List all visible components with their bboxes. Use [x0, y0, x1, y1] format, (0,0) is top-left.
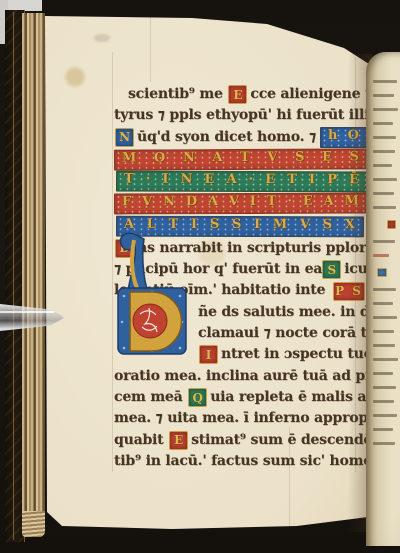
text-segment: stimat⁹ sum ē descendē	[191, 430, 372, 451]
text-segment: mea. ⁊ uita mea. ī inferno appropī	[114, 408, 373, 429]
recto-text-line	[373, 372, 393, 375]
recto-text-line	[373, 80, 397, 83]
recto-text-line	[373, 330, 394, 333]
text-segment: tyrus ⁊ ppls ethyopū' hi fuerūt illic.	[114, 105, 382, 126]
initial-i: I	[199, 345, 218, 364]
initial-e: E	[228, 85, 247, 104]
recto-text-line	[373, 386, 396, 389]
text-segment: cem meā	[114, 387, 187, 408]
recto-text-line	[373, 414, 397, 417]
text-line: tib⁹ in lacū.' factus sum sic' homo si	[114, 451, 368, 472]
recto-initial	[387, 220, 396, 229]
recto-initial	[377, 268, 387, 277]
recto-text-line	[373, 442, 395, 445]
recto-page	[366, 52, 400, 546]
recto-text-line	[373, 178, 397, 181]
text-line: tyrus ⁊ ppls ethyopū' hi fuerūt illic.	[114, 105, 368, 126]
recto-text-line	[373, 254, 389, 257]
text-line: oratio mea. inclina aurē tuā ad pre	[114, 366, 368, 387]
display-band-natus: M O N A T V S E S	[114, 148, 368, 170]
initial-n: N	[115, 128, 134, 147]
recto-text-line	[373, 316, 397, 319]
recto-text-line	[373, 344, 395, 347]
recto-text-line	[373, 206, 396, 209]
recto-text-column	[373, 80, 400, 456]
pencil-mark	[94, 34, 110, 42]
text-segment: oratio mea. inclina aurē tuā ad pre	[114, 366, 381, 387]
recto-text-line	[373, 358, 398, 361]
text-line: clamaui ⁊ nocte corā te.	[198, 323, 368, 344]
recto-text-line	[373, 164, 392, 167]
page-block-edges	[22, 13, 45, 537]
text-line: quabit Estimat⁹ sum ē descendē	[114, 430, 368, 451]
recto-text-line	[373, 288, 396, 291]
recto-text-line	[373, 122, 393, 125]
text-line: Intret in ɔspectu tuo	[198, 344, 368, 365]
recto-text-line	[373, 428, 393, 431]
initial-s: S	[322, 260, 341, 279]
recto-text-line	[373, 108, 398, 111]
recto-text-line	[373, 302, 393, 305]
recto-text-line	[373, 192, 394, 195]
text-line: cem meā Quia repleta ē malis aīa	[114, 387, 368, 408]
recto-text-line	[373, 150, 395, 153]
text-line: scientib⁹ me Ecce alienigene ⁊	[114, 84, 368, 105]
text-segment: ūq'd syon dicet homo. ⁊	[137, 127, 316, 148]
text-block: scientib⁹ me Ecce alienigene ⁊ tyrus ⁊ p…	[114, 84, 368, 472]
display-band-in-ea: T · I N E A · E T I P Ē	[116, 171, 368, 193]
recto-text-line	[373, 400, 394, 403]
initial-q: Q	[188, 388, 207, 407]
text-line: ñe ds salutis mee. in die	[198, 302, 368, 323]
manuscript-photo: scientib⁹ me Ecce alienigene ⁊ tyrus ⁊ p…	[0, 0, 400, 553]
initial-e-2: E	[169, 431, 188, 450]
text-segment: scientib⁹ me	[128, 84, 227, 105]
text-segment: quabit	[114, 430, 168, 451]
recto-text-line	[373, 94, 394, 97]
spine-gilt-fillet	[13, 12, 14, 540]
recto-text-line	[373, 240, 395, 243]
page-crease-top	[150, 12, 151, 82]
display-band-fundavit: F V N D A V I T · E A M	[114, 193, 368, 215]
text-line: Nūq'd syon dicet homo. ⁊ h O	[114, 127, 368, 148]
large-initial-d	[100, 230, 196, 364]
recto-text-line	[373, 136, 396, 139]
text-line: mea. ⁊ uita mea. ī inferno appropī	[114, 408, 368, 429]
verso-page: scientib⁹ me Ecce alienigene ⁊ tyrus ⁊ p…	[42, 12, 372, 536]
